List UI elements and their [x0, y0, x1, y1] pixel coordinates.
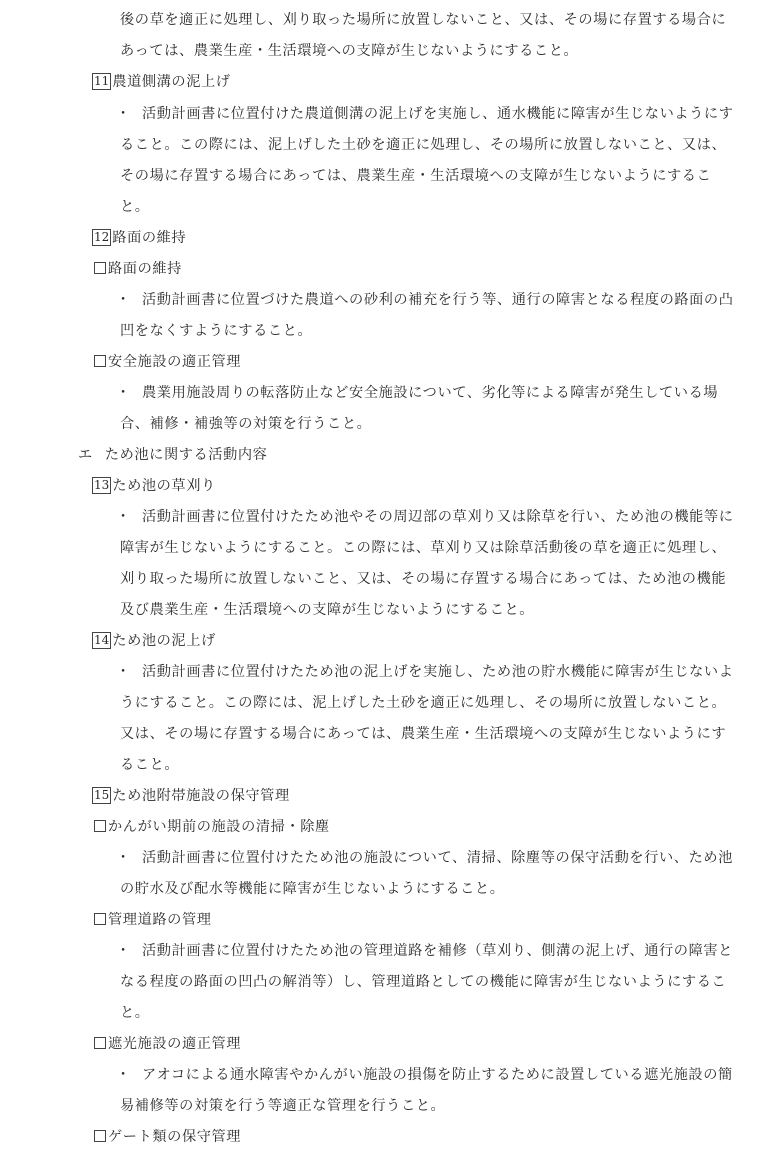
item-heading-text: ため池の泥上げ: [112, 633, 216, 649]
text-line: うにすること。この際には、泥上げした土砂を適正に処理し、その場所に放置しないこと…: [120, 693, 726, 713]
checkbox-square-icon: [94, 913, 106, 925]
bullet-icon: ・: [116, 104, 131, 124]
bullet-icon: ・: [116, 848, 131, 868]
text-line: 障害が生じないようにすること。この際には、草刈り又は除草活動後の草を適正に処理し…: [120, 538, 726, 558]
checklist-item: かんがい期前の施設の清掃・除塵: [94, 817, 330, 837]
item-heading-text: 農道側溝の泥上げ: [112, 74, 230, 90]
text-line: 合、補修・補強等の対策を行うこと。: [120, 414, 371, 434]
checkbox-square-icon: [94, 355, 106, 367]
item-number-box: 13: [92, 477, 111, 494]
checklist-item: 管理道路の管理: [94, 910, 212, 930]
text-line: なる程度の路面の凹凸の解消等）し、管理道路としての機能に障害が生じないようにする…: [120, 972, 726, 992]
item-number-box: 12: [92, 229, 111, 246]
text-line: 活動計画書に位置付けたため池やその周辺部の草刈り又は除草を行い、ため池の機能等に: [142, 507, 734, 527]
item-number-box: 14: [92, 632, 111, 649]
text-line: と。: [120, 197, 150, 217]
checklist-label: ゲート類の保守管理: [108, 1129, 241, 1145]
checklist-label: 路面の維持: [108, 261, 182, 277]
text-line: 活動計画書に位置付けた農道側溝の泥上げを実施し、通水機能に障害が生じないようにす: [142, 104, 734, 124]
bullet-icon: ・: [116, 507, 131, 527]
text-line: 活動計画書に位置づけた農道への砂利の補充を行う等、通行の障害となる程度の路面の凸: [142, 290, 734, 310]
item-heading-text: 路面の維持: [112, 230, 186, 246]
bullet-icon: ・: [116, 1065, 131, 1085]
checklist-item: 路面の維持: [94, 259, 182, 279]
item-heading-13: 13ため池の草刈り: [92, 476, 216, 496]
text-line: 易補修等の対策を行う等適正な管理を行うこと。: [120, 1096, 445, 1116]
text-line: 後の草を適正に処理し、刈り取った場所に放置しないこと、又は、その場に存置する場合…: [120, 10, 726, 30]
item-number-box: 15: [92, 787, 111, 804]
bullet-icon: ・: [116, 662, 131, 682]
checklist-item: 遮光施設の適正管理: [94, 1034, 241, 1054]
item-heading-15: 15ため池附帯施設の保守管理: [92, 786, 290, 806]
checklist-item: ゲート類の保守管理: [94, 1127, 241, 1147]
item-heading-14: 14ため池の泥上げ: [92, 631, 216, 651]
checklist-label: かんがい期前の施設の清掃・除塵: [108, 819, 330, 835]
item-heading-text: ため池附帯施設の保守管理: [112, 788, 289, 804]
text-line: 刈り取った場所に放置しないこと、又は、その場に存置する場合にあっては、ため池の機…: [120, 569, 726, 589]
text-line: アオコによる通水障害やかんがい施設の損傷を防止するために設置している遮光施設の簡: [142, 1065, 733, 1085]
text-line: 凹をなくすようにすること。: [120, 321, 312, 341]
section-marker: エ: [78, 447, 93, 463]
text-line: あっては、農業生産・生活環境への支障が生じないようにすること。: [120, 41, 578, 61]
text-line: ること。この際には、泥上げした土砂を適正に処理し、その場所に放置しないこと、又は…: [120, 135, 726, 155]
section-heading: エため池に関する活動内容: [78, 445, 267, 465]
item-heading-text: ため池の草刈り: [112, 478, 216, 494]
text-line: 及び農業生産・生活環境への支障が生じないようにすること。: [120, 600, 534, 620]
bullet-icon: ・: [116, 941, 131, 961]
text-line: 又は、その場に存置する場合にあっては、農業生産・生活環境への支障が生じないように…: [120, 724, 726, 744]
text-line: ること。: [120, 755, 179, 775]
text-line: その場に存置する場合にあっては、農業生産・生活環境への支障が生じないようにするこ: [120, 166, 711, 186]
checklist-label: 安全施設の適正管理: [108, 354, 241, 370]
bullet-icon: ・: [116, 383, 131, 403]
checkbox-square-icon: [94, 1130, 106, 1142]
item-heading-12: 12路面の維持: [92, 228, 186, 248]
text-line: 活動計画書に位置付けたため池の管理道路を補修（草刈り、側溝の泥上げ、通行の障害と: [142, 941, 733, 961]
checkbox-square-icon: [94, 820, 106, 832]
text-line: 活動計画書に位置付けたため池の施設について、清掃、除塵等の保守活動を行い、ため池: [142, 848, 733, 868]
item-number-box: 11: [92, 73, 111, 90]
text-line: と。: [120, 1003, 150, 1023]
checklist-label: 遮光施設の適正管理: [108, 1036, 241, 1052]
text-line: 農業用施設周りの転落防止など安全施設について、劣化等による障害が発生している場: [142, 383, 718, 403]
section-title: ため池に関する活動内容: [105, 447, 268, 463]
text-line: 活動計画書に位置付けたため池の泥上げを実施し、ため池の貯水機能に障害が生じないよ: [142, 662, 734, 682]
document-page: 後の草を適正に処理し、刈り取った場所に放置しないこと、又は、その場に存置する場合…: [0, 0, 768, 1154]
text-line: の貯水及び配水等機能に障害が生じないようにすること。: [120, 879, 504, 899]
checklist-item: 安全施設の適正管理: [94, 352, 241, 372]
checklist-label: 管理道路の管理: [108, 912, 212, 928]
bullet-icon: ・: [116, 290, 131, 310]
item-heading-11: 11農道側溝の泥上げ: [92, 72, 231, 92]
checkbox-square-icon: [94, 262, 106, 274]
checkbox-square-icon: [94, 1037, 106, 1049]
